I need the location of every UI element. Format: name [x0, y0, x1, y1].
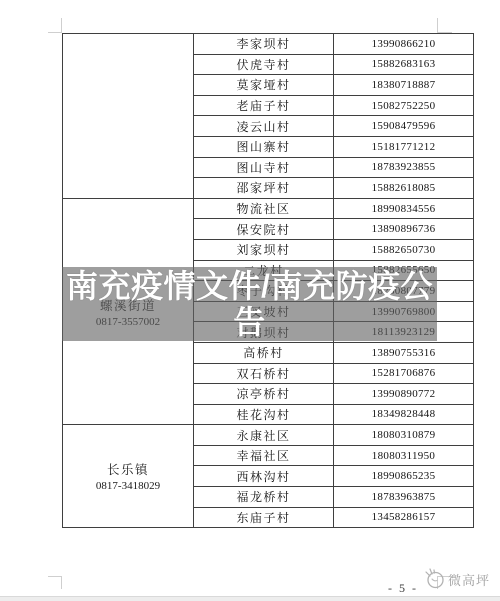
village-name-cell: 邵家坪村: [194, 178, 334, 199]
phone-number-cell: 13890755316: [334, 342, 474, 363]
town-name: 长乐镇: [63, 460, 193, 478]
doodle-circle-icon: [422, 567, 448, 591]
watermark: 微高坪: [422, 567, 490, 591]
village-name-cell: 莫家垭村: [194, 75, 334, 96]
village-name-cell: 凌云山村: [194, 116, 334, 137]
table-row: 螺溪街道0817-3557002物流社区18990834556: [63, 198, 474, 219]
overlay-banner: 南充疫情文件/南充防疫公告: [62, 267, 437, 341]
phone-number-cell: 18783923855: [334, 157, 474, 178]
phone-number-cell: 13890896736: [334, 219, 474, 240]
phone-number-cell: 13990866210: [334, 34, 474, 55]
margin-crop-mark-top-right: [437, 18, 452, 33]
phone-number-cell: 15882618085: [334, 178, 474, 199]
margin-crop-mark-top-left: [48, 18, 62, 33]
village-name-cell: 老庙子村: [194, 95, 334, 116]
phone-number-cell: 15281706876: [334, 363, 474, 384]
phone-number-cell: 18380718887: [334, 75, 474, 96]
town-cell: 长乐镇0817-3418029: [63, 425, 194, 528]
page-bottom-edge: [0, 596, 500, 601]
town-phone: 0817-3418029: [63, 480, 193, 492]
village-name-cell: 保安院村: [194, 219, 334, 240]
phone-number-cell: 13990890772: [334, 384, 474, 405]
phone-number-cell: 15882683163: [334, 54, 474, 75]
phone-number-cell: 15908479596: [334, 116, 474, 137]
document-page: { "overlay": { "title": "南充疫情文件/南充防疫公告",…: [0, 0, 500, 601]
phone-number-cell: 18080310879: [334, 425, 474, 446]
village-name-cell: 西林沟村: [194, 466, 334, 487]
phone-number-cell: 13458286157: [334, 507, 474, 528]
village-name-cell: 福龙桥村: [194, 487, 334, 508]
village-name-cell: 永康社区: [194, 425, 334, 446]
phone-number-cell: 18783963875: [334, 487, 474, 508]
village-name-cell: 刘家坝村: [194, 239, 334, 260]
village-name-cell: 图山寺村: [194, 157, 334, 178]
village-name-cell: 凉亭桥村: [194, 384, 334, 405]
margin-crop-mark-bottom-left: [48, 576, 62, 589]
table-row: 长乐镇0817-3418029永康社区18080310879: [63, 425, 474, 446]
phone-number-cell: 15181771212: [334, 136, 474, 157]
overlay-title: 南充疫情文件/南充防疫公告: [62, 267, 437, 340]
table-row: 李家坝村13990866210: [63, 34, 474, 55]
village-name-cell: 桂花沟村: [194, 404, 334, 425]
watermark-text: 微高坪: [448, 570, 490, 589]
village-name-cell: 物流社区: [194, 198, 334, 219]
phone-number-cell: 18990834556: [334, 198, 474, 219]
village-name-cell: 高桥村: [194, 342, 334, 363]
phone-number-cell: 15082752250: [334, 95, 474, 116]
page-number: - 5 -: [378, 581, 428, 596]
phone-number-cell: 18080311950: [334, 445, 474, 466]
village-name-cell: 双石桥村: [194, 363, 334, 384]
phone-number-cell: 15882650730: [334, 239, 474, 260]
village-name-cell: 幸福社区: [194, 445, 334, 466]
village-name-cell: 图山寨村: [194, 136, 334, 157]
phone-number-cell: 18990865235: [334, 466, 474, 487]
village-name-cell: 李家坝村: [194, 34, 334, 55]
town-cell: [63, 34, 194, 199]
village-name-cell: 东庙子村: [194, 507, 334, 528]
phone-number-cell: 18349828448: [334, 404, 474, 425]
village-name-cell: 伏虎寺村: [194, 54, 334, 75]
